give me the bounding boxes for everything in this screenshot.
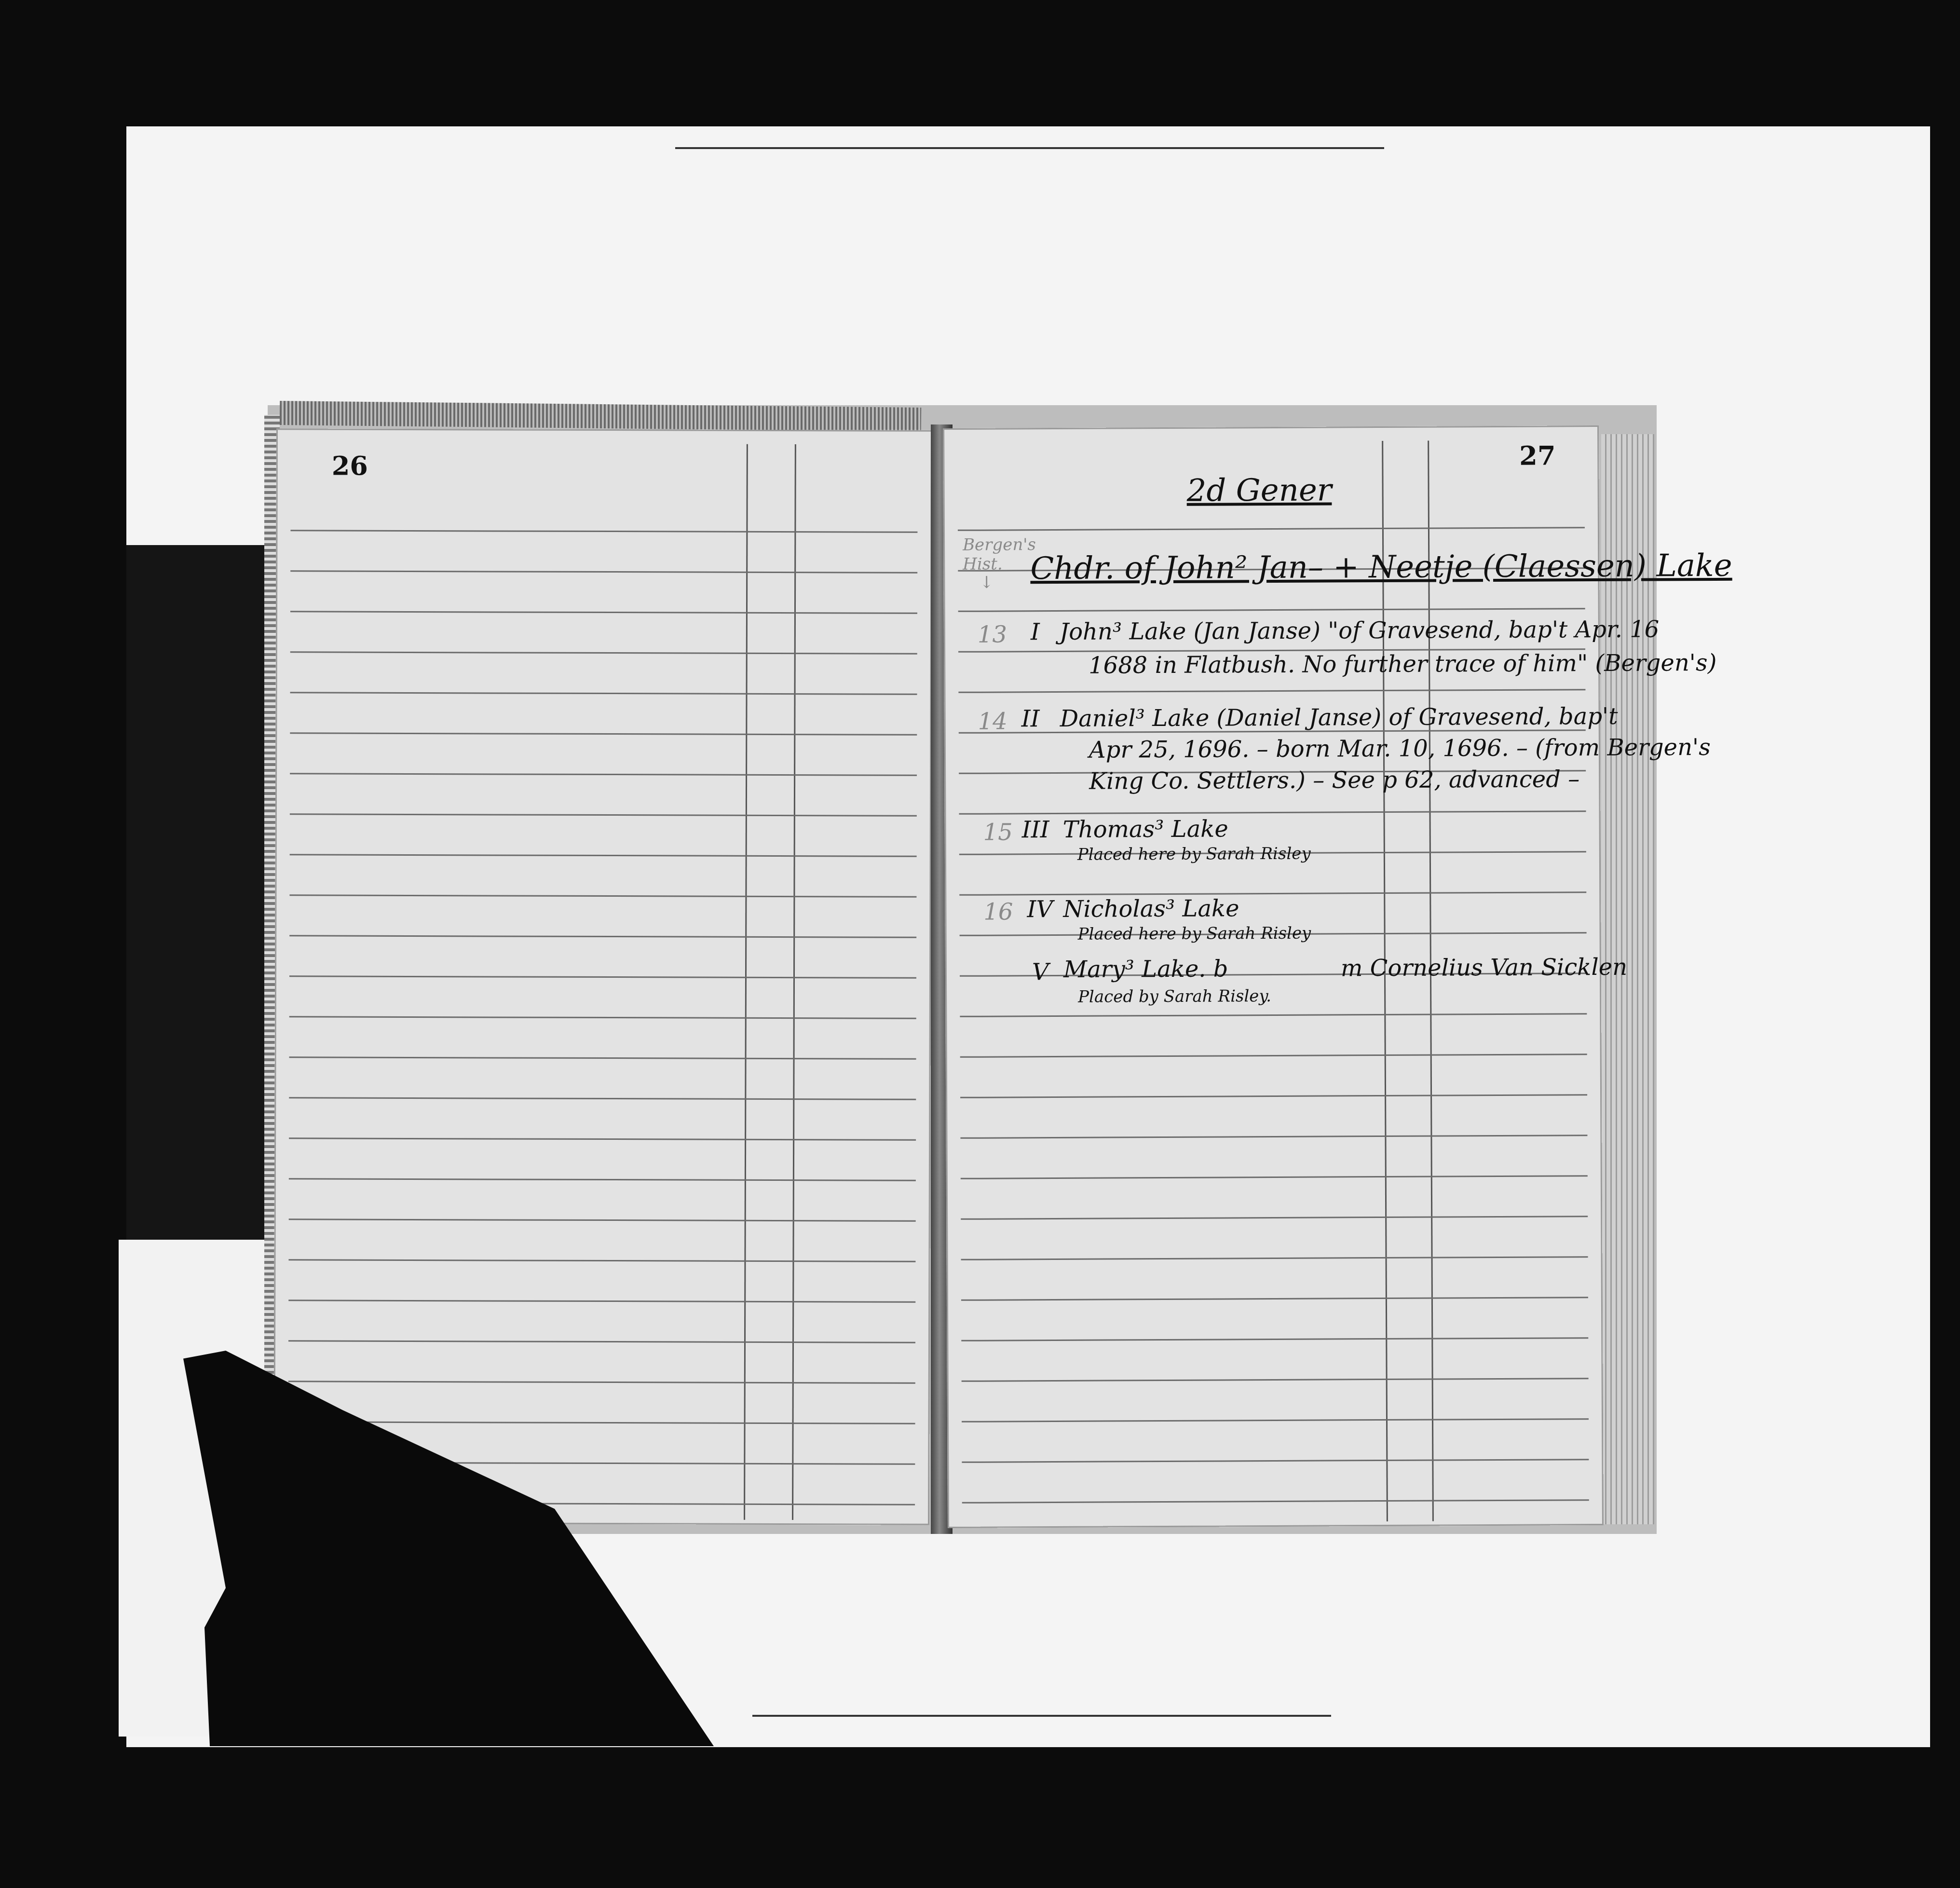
ruled-line <box>290 854 917 857</box>
entry-roman-numeral: III <box>1022 816 1049 843</box>
ruled-line <box>961 1175 1588 1179</box>
entry-line: Thomas³ Lake <box>1063 815 1228 843</box>
column-rule <box>792 444 796 1520</box>
entry-roman-numeral: V <box>1032 958 1049 985</box>
ruled-line <box>958 608 1585 612</box>
ruled-line <box>960 1135 1587 1139</box>
ruled-line <box>290 530 917 533</box>
entry-roman-numeral: I <box>1031 618 1040 645</box>
ruled-line <box>961 1297 1588 1301</box>
entry-line: King Co. Settlers.) – See p 62, advanced… <box>1089 766 1579 794</box>
ruled-line <box>289 975 916 978</box>
entry-line: 1688 in Flatbush. No further trace of hi… <box>1089 649 1716 679</box>
entry-line: Nicholas³ Lake <box>1063 895 1239 923</box>
column-rule <box>744 444 748 1520</box>
ruled-line <box>962 1459 1589 1463</box>
ruled-line <box>961 1337 1588 1341</box>
down-arrow-icon: ↓ <box>980 573 994 592</box>
entry-note: Placed here by Sarah Risley <box>1077 844 1311 864</box>
ruled-line <box>289 1178 916 1181</box>
ruled-line <box>290 813 917 816</box>
left-page: 26 <box>273 428 932 1525</box>
entry-ref-number: 15 <box>983 819 1013 846</box>
ruled-line <box>288 1421 915 1424</box>
ruled-line <box>960 1053 1587 1058</box>
ruled-line <box>962 1378 1589 1382</box>
ruled-line <box>289 894 916 897</box>
ruled-line <box>959 891 1586 896</box>
ruled-line <box>962 1418 1589 1423</box>
ruled-line <box>288 1300 915 1302</box>
ruled-line <box>961 1216 1588 1220</box>
margin-note: Bergen's Hist. <box>963 535 1016 574</box>
ruled-line <box>289 1016 916 1019</box>
ruled-line <box>289 1218 916 1221</box>
entry-line: John³ Lake (Jan Janse) "of Gravesend, ba… <box>1060 616 1660 645</box>
ruled-line <box>962 1499 1589 1504</box>
left-page-number: 26 <box>332 451 368 481</box>
entry-roman-numeral: IV <box>1027 896 1053 923</box>
entry-ref-number: 14 <box>978 708 1007 735</box>
ruled-line <box>289 1137 916 1140</box>
family-subheading: Chdr. of John² Jan– + Neetje (Claessen) … <box>1030 548 1732 587</box>
entry-side-note: m Cornelius Van Sicklen <box>1341 954 1627 982</box>
ruled-line <box>290 611 917 614</box>
ruled-line <box>288 1340 915 1343</box>
entry-line: Apr 25, 1696. – born Mar. 10, 1696. – (f… <box>1089 734 1711 764</box>
entry-ref-number: 13 <box>978 621 1007 648</box>
ruled-line <box>960 1013 1587 1017</box>
left-dark-margin <box>126 545 271 1245</box>
ruled-line <box>290 692 917 695</box>
ruled-line <box>288 1381 915 1383</box>
entry-note: Placed here by Sarah Risley <box>1078 924 1311 944</box>
entry-note: Placed by Sarah Risley. <box>1078 986 1271 1007</box>
entry-ref-number: 16 <box>983 898 1013 925</box>
ruled-line <box>958 527 1585 531</box>
ruled-line <box>961 1256 1588 1260</box>
ruled-line <box>290 651 917 654</box>
ruled-line <box>958 689 1585 693</box>
right-page-number: 27 <box>1519 440 1555 471</box>
ruled-line <box>960 1094 1587 1098</box>
generation-heading: 2d Gener <box>1186 472 1332 508</box>
bottom-border-line <box>752 1715 1331 1717</box>
ruled-line <box>288 1259 915 1262</box>
ruled-line <box>289 1097 916 1100</box>
top-border-line <box>675 147 1384 149</box>
entry-roman-numeral: II <box>1021 705 1040 732</box>
ruled-line <box>290 570 917 573</box>
ruled-line <box>959 810 1586 815</box>
ruled-line <box>290 773 917 776</box>
ruled-line <box>290 732 917 735</box>
ruled-line <box>289 1056 916 1059</box>
ruled-line <box>289 935 916 938</box>
right-page: 27 2d Gener Bergen's Hist. ↓ Chdr. of Jo… <box>943 425 1604 1528</box>
entry-line: Daniel³ Lake (Daniel Janse) of Gravesend… <box>1060 703 1618 732</box>
entry-line: Mary³ Lake. b <box>1063 955 1228 983</box>
